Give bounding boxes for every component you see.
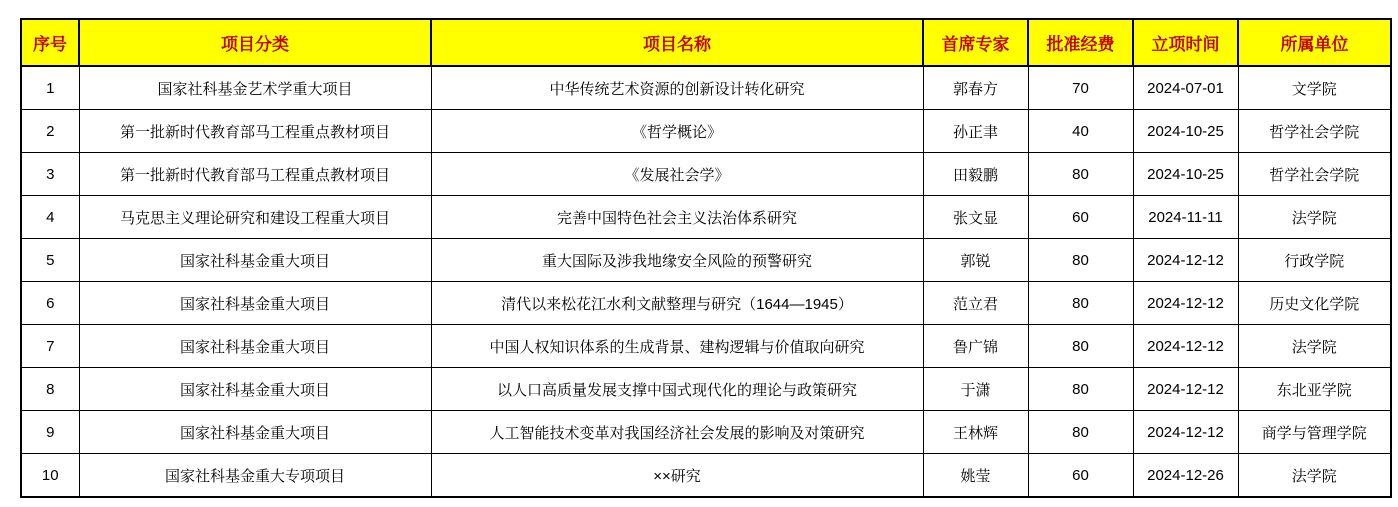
cell-date: 2024-12-12 [1133,368,1238,411]
cell-index: 4 [21,196,79,239]
cell-funding: 80 [1028,153,1133,196]
cell-date: 2024-11-11 [1133,196,1238,239]
cell-expert: 郭春方 [923,66,1028,110]
cell-index: 10 [21,454,79,498]
cell-index: 6 [21,282,79,325]
cell-date: 2024-12-12 [1133,282,1238,325]
cell-unit: 历史文化学院 [1238,282,1391,325]
cell-expert: 鲁广锦 [923,325,1028,368]
cell-category: 马克思主义理论研究和建设工程重大项目 [79,196,431,239]
cell-name: 《发展社会学》 [431,153,923,196]
table-header-row: 序号 项目分类 项目名称 首席专家 批准经费 立项时间 所属单位 [21,19,1391,66]
cell-index: 7 [21,325,79,368]
column-header-funding: 批准经费 [1028,19,1133,66]
cell-unit: 东北亚学院 [1238,368,1391,411]
cell-category: 国家社科基金重大项目 [79,325,431,368]
column-header-date: 立项时间 [1133,19,1238,66]
cell-category: 国家社科基金重大项目 [79,411,431,454]
cell-name: 《哲学概论》 [431,110,923,153]
table-row: 5国家社科基金重大项目重大国际及涉我地缘安全风险的预警研究郭锐802024-12… [21,239,1391,282]
cell-funding: 60 [1028,196,1133,239]
cell-date: 2024-10-25 [1133,153,1238,196]
cell-funding: 80 [1028,325,1133,368]
cell-category: 国家社科基金重大项目 [79,239,431,282]
cell-date: 2024-10-25 [1133,110,1238,153]
column-header-name: 项目名称 [431,19,923,66]
table-row: 8国家社科基金重大项目以人口高质量发展支撑中国式现代化的理论与政策研究于潇802… [21,368,1391,411]
table-row: 9国家社科基金重大项目人工智能技术变革对我国经济社会发展的影响及对策研究王林辉8… [21,411,1391,454]
cell-funding: 80 [1028,239,1133,282]
cell-expert: 王林辉 [923,411,1028,454]
table-body: 1国家社科基金艺术学重大项目中华传统艺术资源的创新设计转化研究郭春方702024… [21,66,1391,497]
cell-index: 9 [21,411,79,454]
cell-index: 2 [21,110,79,153]
cell-expert: 范立君 [923,282,1028,325]
cell-funding: 80 [1028,282,1133,325]
cell-funding: 80 [1028,411,1133,454]
table-row: 2第一批新时代教育部马工程重点教材项目《哲学概论》孙正聿402024-10-25… [21,110,1391,153]
cell-unit: 文学院 [1238,66,1391,110]
cell-index: 1 [21,66,79,110]
cell-unit: 哲学社会学院 [1238,110,1391,153]
cell-expert: 张文显 [923,196,1028,239]
cell-funding: 40 [1028,110,1133,153]
cell-date: 2024-12-12 [1133,411,1238,454]
table-row: 1国家社科基金艺术学重大项目中华传统艺术资源的创新设计转化研究郭春方702024… [21,66,1391,110]
cell-date: 2024-07-01 [1133,66,1238,110]
cell-unit: 商学与管理学院 [1238,411,1391,454]
cell-date: 2024-12-12 [1133,239,1238,282]
cell-index: 3 [21,153,79,196]
cell-name: 以人口高质量发展支撑中国式现代化的理论与政策研究 [431,368,923,411]
column-header-category: 项目分类 [79,19,431,66]
column-header-expert: 首席专家 [923,19,1028,66]
column-header-index: 序号 [21,19,79,66]
cell-category: 国家社科基金重大项目 [79,368,431,411]
table-row: 4马克思主义理论研究和建设工程重大项目完善中国特色社会主义法治体系研究张文显60… [21,196,1391,239]
cell-category: 第一批新时代教育部马工程重点教材项目 [79,153,431,196]
cell-expert: 于潇 [923,368,1028,411]
table-row: 10国家社科基金重大专项项目××研究姚莹602024-12-26法学院 [21,454,1391,498]
cell-category: 国家社科基金艺术学重大项目 [79,66,431,110]
cell-expert: 田毅鹏 [923,153,1028,196]
cell-category: 第一批新时代教育部马工程重点教材项目 [79,110,431,153]
column-header-unit: 所属单位 [1238,19,1391,66]
cell-date: 2024-12-12 [1133,325,1238,368]
cell-funding: 70 [1028,66,1133,110]
cell-name: 清代以来松花江水利文献整理与研究（1644—1945） [431,282,923,325]
cell-unit: 法学院 [1238,325,1391,368]
table-row: 3第一批新时代教育部马工程重点教材项目《发展社会学》田毅鹏802024-10-2… [21,153,1391,196]
cell-expert: 郭锐 [923,239,1028,282]
table-row: 6国家社科基金重大项目清代以来松花江水利文献整理与研究（1644—1945）范立… [21,282,1391,325]
cell-unit: 法学院 [1238,196,1391,239]
cell-name: 重大国际及涉我地缘安全风险的预警研究 [431,239,923,282]
cell-category: 国家社科基金重大项目 [79,282,431,325]
projects-table: 序号 项目分类 项目名称 首席专家 批准经费 立项时间 所属单位 1国家社科基金… [20,18,1392,498]
table-row: 7国家社科基金重大项目中国人权知识体系的生成背景、建构逻辑与价值取向研究鲁广锦8… [21,325,1391,368]
cell-index: 5 [21,239,79,282]
cell-category: 国家社科基金重大专项项目 [79,454,431,498]
projects-table-wrapper: 序号 项目分类 项目名称 首席专家 批准经费 立项时间 所属单位 1国家社科基金… [20,18,1392,498]
cell-name: ××研究 [431,454,923,498]
cell-unit: 行政学院 [1238,239,1391,282]
cell-expert: 孙正聿 [923,110,1028,153]
cell-name: 中华传统艺术资源的创新设计转化研究 [431,66,923,110]
cell-name: 中国人权知识体系的生成背景、建构逻辑与价值取向研究 [431,325,923,368]
cell-date: 2024-12-26 [1133,454,1238,498]
cell-unit: 哲学社会学院 [1238,153,1391,196]
cell-funding: 60 [1028,454,1133,498]
cell-name: 人工智能技术变革对我国经济社会发展的影响及对策研究 [431,411,923,454]
cell-index: 8 [21,368,79,411]
cell-unit: 法学院 [1238,454,1391,498]
cell-funding: 80 [1028,368,1133,411]
cell-name: 完善中国特色社会主义法治体系研究 [431,196,923,239]
cell-expert: 姚莹 [923,454,1028,498]
